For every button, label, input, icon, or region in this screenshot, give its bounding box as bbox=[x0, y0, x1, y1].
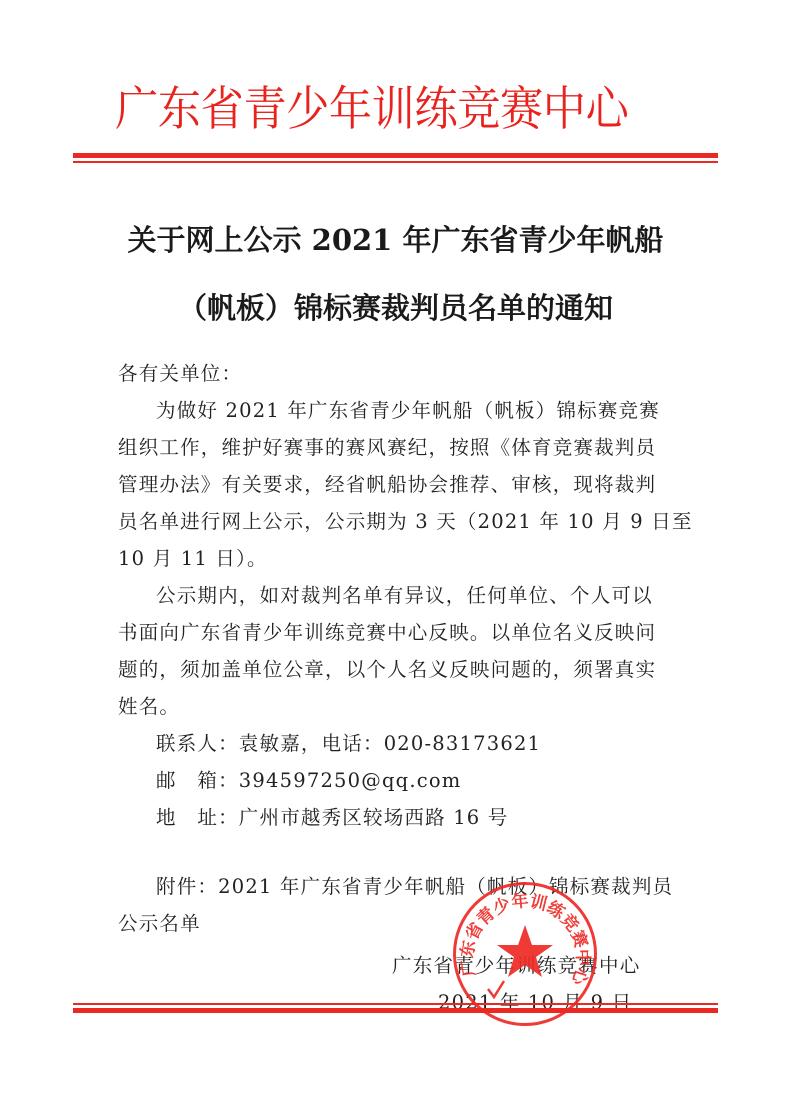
notice-title-line2: （帆板）锦标赛裁判员名单的通知 bbox=[0, 288, 791, 328]
paragraph-2-line-3: 题的，须加盖单位公章，以个人名义反映问题的，须署真实 bbox=[118, 656, 656, 684]
attachment-line-1: 附件：2021 年广东省青少年帆船（帆板）锦标赛裁判员 bbox=[156, 873, 673, 901]
paragraph-1-line-5: 10 月 11 日）。 bbox=[118, 545, 268, 573]
header-rule-thick bbox=[73, 153, 718, 158]
header-rule-thin bbox=[73, 161, 718, 163]
paragraph-2-line-1: 公示期内，如对裁判名单有异议，任何单位、个人可以 bbox=[156, 582, 653, 610]
notice-title-line1: 关于网上公示 2021 年广东省青少年帆船 bbox=[0, 220, 791, 260]
footer-rule-thin bbox=[73, 1003, 718, 1005]
contact-person: 联系人：袁敏嘉，电话：020-83173621 bbox=[156, 730, 541, 758]
paragraph-1-line-3: 管理办法》有关要求，经省帆船协会推荐、审核，现将裁判 bbox=[118, 471, 656, 499]
paragraph-2-line-2: 书面向广东省青少年训练竞赛中心反映。以单位名义反映问 bbox=[118, 619, 656, 647]
masthead-org-name: 广东省青少年训练竞赛中心 bbox=[115, 78, 630, 142]
paragraph-1-line-1: 为做好 2021 年广东省青少年帆船（帆板）锦标赛竞赛 bbox=[156, 397, 660, 425]
star-icon bbox=[497, 925, 553, 977]
signature-mark-icon bbox=[488, 981, 504, 997]
paragraph-1-line-4: 员名单进行网上公示，公示期为 3 天（2021 年 10 月 9 日至 bbox=[118, 508, 693, 536]
footer-rule-thick bbox=[73, 1008, 718, 1013]
salutation: 各有关单位： bbox=[118, 360, 242, 388]
paragraph-1-line-2: 组织工作，维护好赛事的赛风赛纪，按照《体育竞赛裁判员 bbox=[118, 434, 656, 462]
contact-email: 邮 箱：394597250@qq.com bbox=[156, 767, 461, 795]
attachment-line-2: 公示名单 bbox=[118, 910, 201, 938]
paragraph-2-line-4: 姓名。 bbox=[118, 693, 180, 721]
contact-address: 地 址：广州市越秀区较场西路 16 号 bbox=[156, 804, 509, 832]
